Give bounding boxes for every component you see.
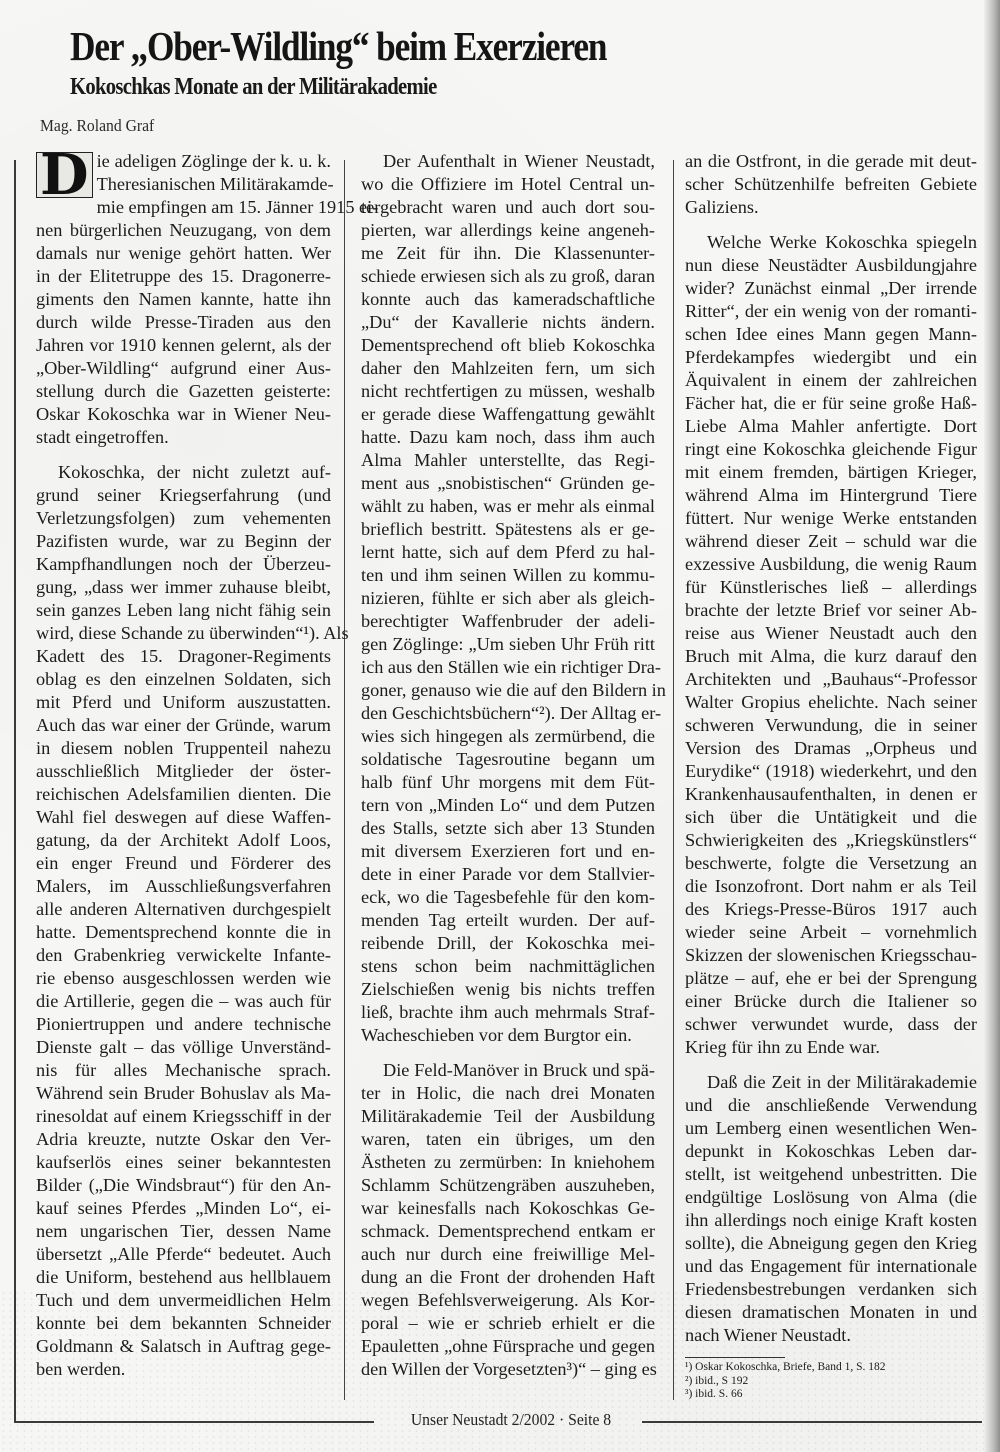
text-line: menden Tag erteilt wurden. Der auf- — [361, 909, 655, 932]
text-line: Bruch mit Alma, die kurz darauf den — [685, 645, 977, 668]
text-line: rinesoldat auf einem Kriegsschiff in der — [36, 1105, 331, 1128]
text-line: giments den Namen kannte, hatte ihn — [36, 288, 331, 311]
footnote: ¹) Oskar Kokoschka, Briefe, Band 1, S. 1… — [685, 1361, 985, 1375]
text-line: Oskar Kokoschka war in Wiener Neu- — [36, 403, 331, 426]
text-line: tern von „Minden Lo“ und dem Putzen — [361, 794, 655, 817]
text-line: reise aus Wiener Neustadt auch den — [685, 622, 977, 645]
text-line: auch nur durch eine freiwillige Mel- — [361, 1243, 655, 1266]
text-line: eck, wo die Tagesbefehle für den kom- — [361, 886, 655, 909]
frame-bottom-rule-right — [642, 1421, 982, 1423]
text-line: wo die Offiziere im Hotel Central un- — [361, 173, 655, 196]
text-line: des Kriegs-Presse-Büros 1917 auch — [685, 898, 977, 921]
text-line: Äquivalent in einem der zahlreichen — [685, 369, 977, 392]
text-line: um Lemberg einen wesentlichen Wen- — [685, 1117, 977, 1140]
column-rule-1 — [344, 160, 345, 1400]
text-line: lernt hatte, sich auf dem Pferd zu hal- — [361, 541, 655, 564]
text-line: gatung, da der Architekt Adolf Loos, — [36, 829, 331, 852]
text-line: schwer verwundet wurde, dass der — [685, 1013, 977, 1036]
text-line: einer Brücke durch die Italiener so — [685, 990, 977, 1013]
text-line: schmack. Dementsprechend entkam er — [361, 1220, 655, 1243]
text-line: Ritter“, der ein wenig von der romanti- — [685, 300, 977, 323]
text-line: brieflich bestritt. Spätestens als er ge… — [361, 518, 655, 541]
page-footer: Unser Neustadt 2/2002 · Seite 8 — [390, 1410, 631, 1430]
text-line: waren, taten ein übriges, um den — [361, 1128, 655, 1151]
text-line: stellung durch die Gazetten geisterte: — [36, 380, 331, 403]
text-line: ein enger Freund und Förderer des — [36, 852, 331, 875]
text-line: ausschließlich Mitglieder der öster- — [36, 760, 331, 783]
text-line: Friedensbestrebungen verdanken sich — [685, 1278, 977, 1301]
column-rule-2 — [673, 160, 674, 1400]
text-line: Skizzen der slowenischen Kriegsschau- — [685, 944, 977, 967]
text-line: wieder seine Arbeit – vornehmlich — [685, 921, 977, 944]
text-line: nun diese Neustädter Ausbildungjahre — [685, 254, 977, 277]
text-line: wider? Zunächst einmal „Der irrende — [685, 277, 977, 300]
text-line: pierten, war allerdings keine angeneh- — [361, 219, 655, 242]
text-line: Version des Dramas „Orpheus und — [685, 737, 977, 760]
text-line: und die anschließende Verwendung — [685, 1094, 977, 1117]
article-column-3: an die Ostfront, in die gerade mit deut-… — [685, 150, 977, 1402]
text-line: stens schon beim nachmittäglichen — [361, 955, 655, 978]
text-line: ten und ihm seinen Willen zu kommu- — [361, 564, 655, 587]
text-line: nis für alles Mechanische sprach. — [36, 1059, 331, 1082]
text-line: Der Aufenthalt in Wiener Neustadt, — [361, 150, 655, 173]
text-line: berechtigter Waffenbruder der adeli- — [361, 610, 655, 633]
text-line: die Isonzofront. Dort nahm er als Teil — [685, 875, 977, 898]
text-line: er gerade diese Waffengattung gewählt — [361, 403, 655, 426]
text-line: stadt eingetroffen. — [36, 426, 331, 449]
text-line: brachte der letzte Brief vor seiner Ab- — [685, 599, 977, 622]
text-line: Bilder („Die Windsbraut“) für den An- — [36, 1174, 331, 1197]
text-line: Jahren vor 1910 kennen gelernt, als der — [36, 334, 331, 357]
text-line: reibende Drill, der Kokoschka mei- — [361, 932, 655, 955]
text-line: den Geschichtsbüchern“²). Der Alltag er- — [361, 702, 655, 725]
text-line: füttert. Nur wenige Werke entstanden — [685, 507, 977, 530]
text-line: grund seiner Kriegserfahrung (und — [36, 484, 331, 507]
text-line: depunkt in Kokoschkas Leben dar- — [685, 1140, 977, 1163]
text-line: Krankenhausaufenthalten, in denen er — [685, 783, 977, 806]
text-line: stellt, ist weitgehend unbestritten. Die — [685, 1163, 977, 1186]
frame-bottom-rule-left — [14, 1421, 374, 1423]
text-line: scher Schützenhilfe befreiten Gebiete — [685, 173, 977, 196]
text-line: wegen Befehlsverweigerung. Als Kor- — [361, 1289, 655, 1312]
article-title: Der „Ober-Wildling“ beim Exerzieren — [70, 22, 930, 70]
text-line: nach Wiener Neustadt. — [685, 1324, 977, 1347]
article-author: Mag. Roland Graf — [40, 116, 960, 136]
text-line: me Zeit für ihn. Die Klassenunter- — [361, 242, 655, 265]
text-line: ter in Holic, die nach drei Monaten — [361, 1082, 655, 1105]
text-line: hatte. Dazu kam noch, dass ihm auch — [361, 426, 655, 449]
text-line: war keinesfalls nach Kokoschkas Ge- — [361, 1197, 655, 1220]
text-line: hatte. Dementsprechend konnte die in — [36, 921, 331, 944]
text-line: Während sein Bruder Bohuslav als Ma- — [36, 1082, 331, 1105]
text-line: konnte auch das kameradschaftliche — [361, 288, 655, 311]
text-line: übersetzt „Alle Pferde“ bedeutet. Auch — [36, 1243, 331, 1266]
text-line: Galiziens. — [685, 196, 977, 219]
page-edge-shadow — [984, 0, 1000, 1452]
text-line: während dieser Zeit – schuld war die — [685, 530, 977, 553]
footnote: ²) ibid., S 192 — [685, 1375, 985, 1389]
text-line: wies sich hingegen als zermürbend, die — [361, 725, 655, 748]
text-line: sollte), die Abneigung gegen den Krieg — [685, 1232, 977, 1255]
text-line: kaufserlös eines seiner bekanntesten — [36, 1151, 331, 1174]
paragraph: Welche Werke Kokoschka spiegelnnun diese… — [685, 231, 977, 1059]
text-line: exzessive Ausbildung, die wenig Raum — [685, 553, 977, 576]
text-line: wird, diese Schande zu überwinden“¹). Al… — [36, 622, 331, 645]
text-line: daher den Mahlzeiten fern, um sich — [361, 357, 655, 380]
text-line: halb fünf Uhr morgens mit dem Füt- — [361, 771, 655, 794]
paragraph: Daß die Zeit in der Militärakademieund d… — [685, 1071, 977, 1347]
article-subtitle: Kokoschkas Monate an der Militärakademie — [70, 74, 930, 101]
text-line: Tuch und dem unvermeidlichen Helm — [36, 1289, 331, 1312]
text-line: Schlamm Schützengräben auszuheben, — [361, 1174, 655, 1197]
text-line: Ästheten zu zermürben: In kniehohem — [361, 1151, 655, 1174]
paragraph: an die Ostfront, in die gerade mit deut-… — [685, 150, 977, 219]
text-line: endgültige Loslösung von Alma (die — [685, 1186, 977, 1209]
text-line: in der Elitetruppe des 15. Dragonerre- — [36, 265, 331, 288]
text-line: Dementsprechend oft blieb Kokoschka — [361, 334, 655, 357]
text-line: nen bürgerlichen Neuzugang, von dem — [36, 219, 331, 242]
text-line: dete in einer Parade vor dem Stallvier- — [361, 863, 655, 886]
text-line: Dienste galt – das völlige Unverständ- — [36, 1036, 331, 1059]
text-line: sich über die Untätigkeit und die — [685, 806, 977, 829]
text-line: tergebracht waren und auch dort sou- — [361, 196, 655, 219]
text-line: mit einem fremden, bärtigen Krieger, — [685, 461, 977, 484]
text-line: Adria kreuzte, nutzte Oskar den Ver- — [36, 1128, 331, 1151]
text-line: schweren Verwundung, die in seiner — [685, 714, 977, 737]
text-line: nicht rechtfertigen zu müssen, weshalb — [361, 380, 655, 403]
text-line: an die Ostfront, in die gerade mit deut- — [685, 150, 977, 173]
text-line: oblag es den einzelnen Soldaten, sich — [36, 668, 331, 691]
text-line: Architekten und „Bauhaus“-Professor — [685, 668, 977, 691]
text-line: Schwierigkeiten des „Kriegskünstlers“ — [685, 829, 977, 852]
text-line: Welche Werke Kokoschka spiegeln — [685, 231, 977, 254]
text-line: Militärakademie Teil der Ausbildung — [361, 1105, 655, 1128]
footnote: ³) ibid. S. 66 — [685, 1388, 985, 1402]
text-line: „Du“ der Kavallerie nichts ändern. — [361, 311, 655, 334]
text-line: goner, genauso wie die auf den Bildern i… — [361, 679, 655, 702]
text-line: Pioniertruppen und andere technische — [36, 1013, 331, 1036]
text-line: nizieren, fühlte er sich aber als gleich… — [361, 587, 655, 610]
text-line: durch wilde Presse-Tiraden aus den — [36, 311, 331, 334]
text-line: ihn allerdings noch einige Kraft kosten — [685, 1209, 977, 1232]
text-line: schen Idee eines Mann gegen Mann- — [685, 323, 977, 346]
text-line: „Ober-Wildling“ aufgrund einer Aus- — [36, 357, 331, 380]
text-line: den Grabenkrieg verwickelte Infante- — [36, 944, 331, 967]
text-line: in diesem noblen Truppenteil nahezu — [36, 737, 331, 760]
text-line: den Willen der Vorgesetzten³)“ – ging es — [361, 1358, 655, 1381]
text-line: diesen dramatischen Monaten in und — [685, 1301, 977, 1324]
text-line: mit Pferd und Uniform auszustatten. — [36, 691, 331, 714]
text-line: Pazifisten wurde, war zu Beginn der — [36, 530, 331, 553]
text-line: Wahl fiel deswegen auf diese Waffen- — [36, 806, 331, 829]
text-line: reichischen Adelsfamilien dienten. Die — [36, 783, 331, 806]
text-line: sein ganzes Leben lang nicht fähig sein — [36, 599, 331, 622]
text-line: gen Zöglinge: „Um sieben Uhr Früh ritt — [361, 633, 655, 656]
text-line: Die Feld-Manöver in Bruck und spä- — [361, 1059, 655, 1082]
text-line: Kampfhandlungen noch der Überzeu- — [36, 553, 331, 576]
text-line: ben werden. — [36, 1358, 331, 1381]
text-line: wählt zu haben, was er mehr als einmal — [361, 495, 655, 518]
text-line: Walter Gropius ehelichte. Nach seiner — [685, 691, 977, 714]
text-line: Fächer hat, die er für seine große Haß- — [685, 392, 977, 415]
article-column-1: Die adeligen Zöglinge der k. u. k.Theres… — [36, 150, 331, 1381]
text-line: plätze – auf, ehe er bei der Sprengung — [685, 967, 977, 990]
text-line: ich aus den Ställen wie ein richtiger Dr… — [361, 656, 655, 679]
text-line: Eurydike“ (1918) wiederkehrt, und den — [685, 760, 977, 783]
text-line: poral – wie er schrieb erhielt er die — [361, 1312, 655, 1335]
text-line: Krieg für ihn zu Ende war. — [685, 1036, 977, 1059]
text-line: Wacheschieben vor dem Burgtor ein. — [361, 1024, 655, 1047]
drop-cap: D — [36, 152, 93, 198]
paragraph: Der Aufenthalt in Wiener Neustadt,wo die… — [361, 150, 655, 1047]
text-line: alle anderen Alternativen durchgespielt — [36, 898, 331, 921]
text-line: Liebe Alma Mahler anfertigte. Dort — [685, 415, 977, 438]
text-line: Pferdekampfes wiedergibt und ein — [685, 346, 977, 369]
text-line: während Alma im Hintergrund Tiere — [685, 484, 977, 507]
text-line: Daß die Zeit in der Militärakademie — [685, 1071, 977, 1094]
text-line: ließ, brachte ihm auch mehrmals Straf- — [361, 1001, 655, 1024]
text-line: nem ungarischen Tier, dessen Name — [36, 1220, 331, 1243]
paragraph: Kokoschka, der nicht zuletzt auf-grund s… — [36, 461, 331, 1381]
text-line: Kokoschka, der nicht zuletzt auf- — [36, 461, 331, 484]
frame-left-rule — [14, 160, 16, 1422]
paragraph: Die adeligen Zöglinge der k. u. k.Theres… — [36, 150, 331, 449]
text-line: Alma Mahler unterstellte, das Regi- — [361, 449, 655, 472]
text-line: konnte bei dem bekannten Schneider — [36, 1312, 331, 1335]
footnotes: ¹) Oskar Kokoschka, Briefe, Band 1, S. 1… — [685, 1357, 785, 1402]
text-line: Verletzungsfolgen) zum vehementen — [36, 507, 331, 530]
article-column-2: Der Aufenthalt in Wiener Neustadt,wo die… — [361, 150, 655, 1381]
text-line: die Artillerie, gegen die – was auch für — [36, 990, 331, 1013]
text-line: Epauletten „ohne Fürsprache und gegen — [361, 1335, 655, 1358]
text-line: Zielschießen wenig bis nichts treffen — [361, 978, 655, 1001]
text-line: und das Engagement für internationale — [685, 1255, 977, 1278]
text-line: Auch das war einer der Gründe, warum — [36, 714, 331, 737]
text-line: des Stalls, setzte sich aber 13 Stunden — [361, 817, 655, 840]
text-line: Malers, im Ausschließungsverfahren — [36, 875, 331, 898]
paragraph: Die Feld-Manöver in Bruck und spä-ter in… — [361, 1059, 655, 1381]
newspaper-page: Der „Ober-Wildling“ beim Exerzieren Koko… — [0, 0, 1000, 1452]
text-line: Kadett des 15. Dragoner-Regiments — [36, 645, 331, 668]
text-line: schiede erwiesen sich als zu groß, daran — [361, 265, 655, 288]
text-line: ment aus „snobistischen“ Gründen ge- — [361, 472, 655, 495]
text-line: rie ebenso ausgeschlossen werden wie — [36, 967, 331, 990]
text-line: damals nur wenige gehört hatten. Wer — [36, 242, 331, 265]
text-line: gung, „dass wer immer zuhause bleibt, — [36, 576, 331, 599]
text-line: ringt eine Kokoschka gleichende Figur — [685, 438, 977, 461]
text-line: kauf seines Pferdes „Minden Lo“, ei- — [36, 1197, 331, 1220]
text-line: soldatische Tagesroutine begann um — [361, 748, 655, 771]
text-line: beschwerte, folgte die Versetzung an — [685, 852, 977, 875]
text-line: mit diversem Exerzieren fort und en- — [361, 840, 655, 863]
text-line: die Uniform, bestehend aus hellblauem — [36, 1266, 331, 1289]
text-line: für Künstlerisches ließ – allerdings — [685, 576, 977, 599]
text-line: Goldmann & Salatsch in Auftrag gege- — [36, 1335, 331, 1358]
text-line: dung an die Front der drohenden Haft — [361, 1266, 655, 1289]
